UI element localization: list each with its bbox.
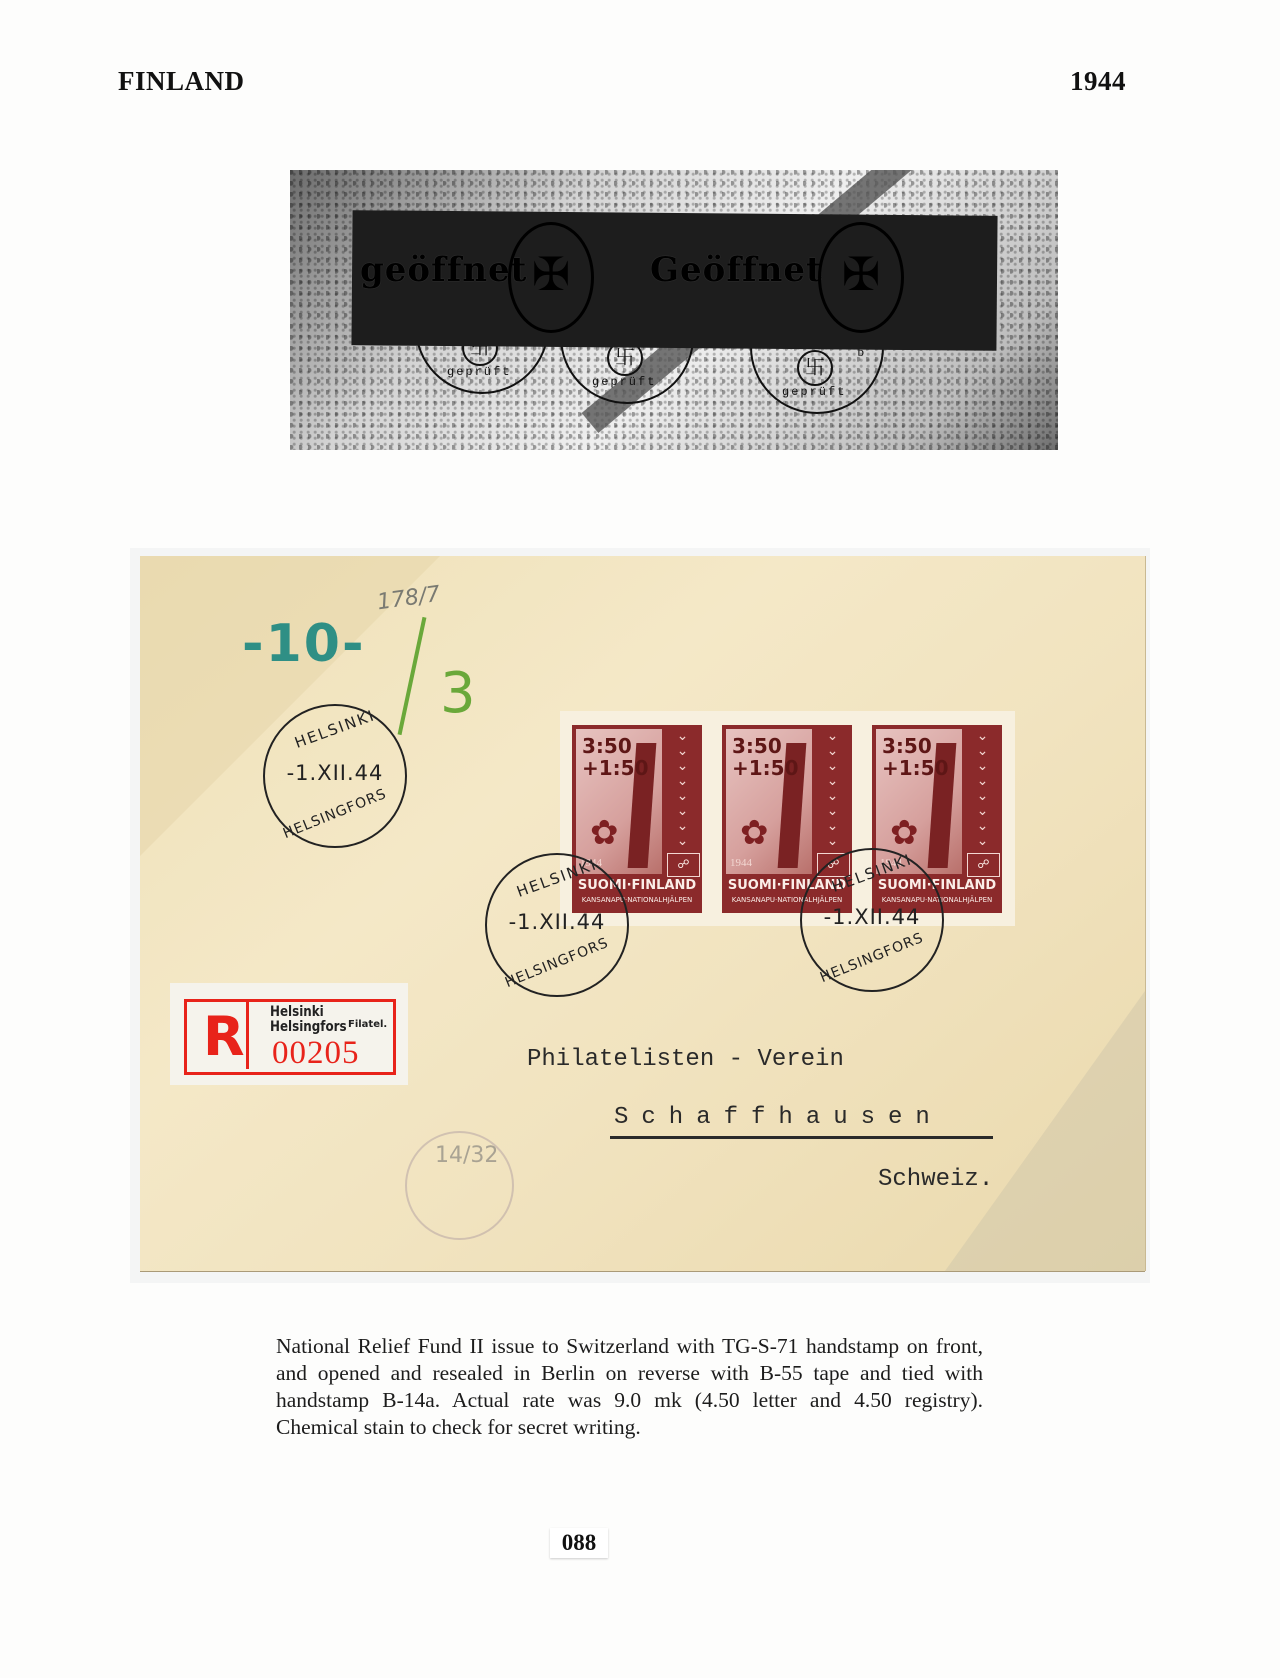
page-country-title: FINLAND (118, 66, 245, 97)
sleeve-corner (945, 991, 1145, 1271)
postmark: HELSINKI -1.XII.44 HELSINGFORS (263, 704, 407, 848)
censor-handstamp-text: geprüft (447, 365, 511, 379)
stamp-value: 3:50+1:50 (732, 735, 799, 779)
page-number: 088 (550, 1528, 608, 1558)
exhibit-caption: National Relief Fund II issue to Switzer… (276, 1333, 983, 1441)
stamp-value: 3:50+1:50 (882, 735, 949, 779)
address-underline (610, 1136, 993, 1139)
postmark-city: HELSINKI (488, 846, 626, 911)
green-crayon-marking: 3 (440, 661, 476, 726)
faint-chemical-stain-marking: 14/32 (405, 1131, 514, 1240)
registration-letter: R (203, 1005, 245, 1068)
address-line-country: Schweiz. (878, 1166, 993, 1193)
postmark: HELSINKI -1.XII.44 HELSINGFORS (485, 853, 629, 997)
registration-label: R HelsinkiHelsingfors Filatel. 00205 (170, 983, 408, 1085)
registration-number: 00205 (272, 1035, 360, 1072)
eagle-icon: ✠ (818, 222, 904, 333)
registration-office-suffix: Filatel. (348, 1019, 387, 1030)
stamp-strip: 3:50+1:50 ✿ 1944 ⌄⌄⌄⌄⌄⌄⌄⌄ ☍ SUOMI·FINLAN… (560, 711, 1015, 926)
flower-icon: ✿ (740, 813, 769, 853)
postmark-date: -1.XII.44 (487, 910, 627, 934)
postmark-date: -1.XII.44 (265, 761, 405, 785)
censor-handstamp-text: geprüft (782, 385, 846, 399)
postmark: HELSINKI -1.XII.44 HELSINGFORS (800, 848, 944, 992)
registration-office: HelsinkiHelsingfors (270, 1005, 347, 1035)
swastika-emblem-icon: 卐 (797, 350, 833, 386)
address-line-city: Schaffhausen (614, 1104, 943, 1131)
censor-handstamp-text: geprüft (592, 375, 656, 389)
address-line-recipient: Philatelisten - Verein (527, 1046, 844, 1073)
handshake-icon: ☍ (967, 853, 1000, 877)
censor-tape-text: Geöffnet (650, 250, 823, 290)
cover-reverse-photocopy: 卐 geprüft b 卐 geprüft 卐 geprüft b geöffn… (290, 170, 1058, 450)
postmark-city-alt: HELSINGFORS (489, 929, 625, 996)
wheat-ear-icon: ⌄⌄⌄⌄⌄⌄⌄⌄ (817, 729, 848, 849)
wheat-ear-icon: ⌄⌄⌄⌄⌄⌄⌄⌄ (967, 729, 998, 849)
postmark-date: -1.XII.44 (802, 905, 942, 929)
stamp-value: 3:50+1:50 (582, 735, 649, 779)
stamp-year: 1944 (730, 857, 752, 869)
wheat-ear-icon: ⌄⌄⌄⌄⌄⌄⌄⌄ (667, 729, 698, 849)
postmark-city-alt: HELSINGFORS (804, 924, 940, 991)
eagle-icon: ✠ (508, 222, 594, 333)
faint-marking-text: 14/32 (435, 1143, 498, 1168)
censor-tape-text: geöffnet (360, 250, 527, 290)
page-year: 1944 (1070, 66, 1126, 97)
envelope-front: 178/7 -10- 3 HELSINKI -1.XII.44 HELSINGF… (140, 556, 1145, 1271)
handshake-icon: ☍ (667, 853, 700, 877)
teal-crayon-marking: -10- (242, 614, 366, 674)
